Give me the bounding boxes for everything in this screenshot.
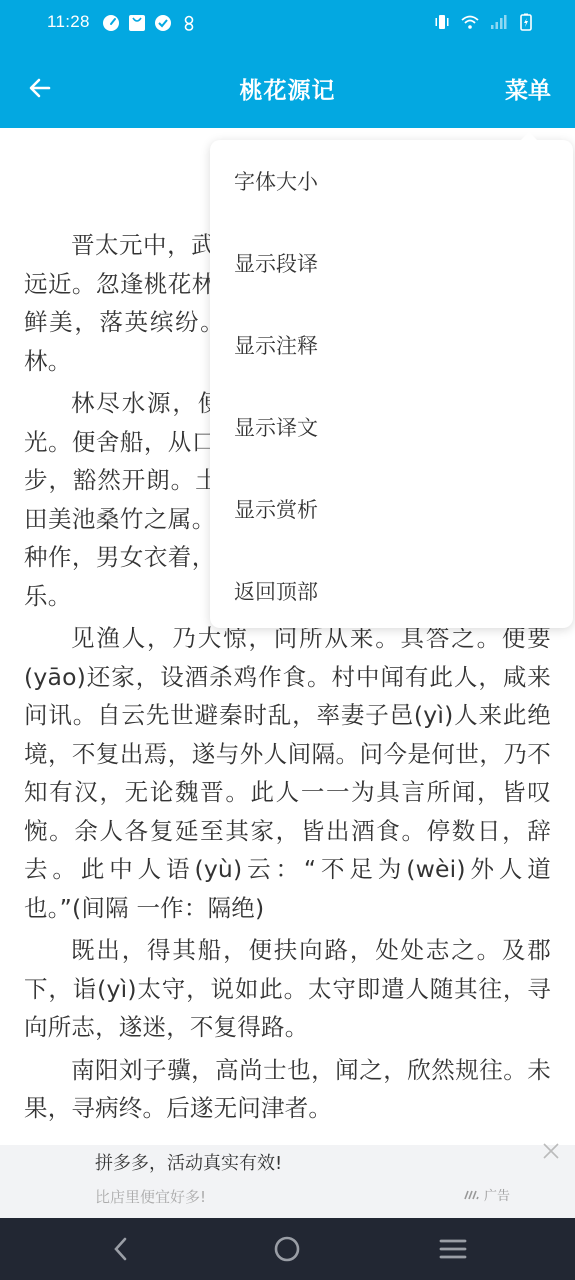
ad-subtitle: 比店里便宜好多! (95, 1186, 206, 1207)
popup-menu: 字体大小 显示段译 显示注释 显示译文 显示赏析 返回顶部 (210, 140, 573, 628)
nav-back-button[interactable] (106, 1234, 136, 1264)
ad-logo-icon (463, 1190, 481, 1200)
baby-icon (180, 14, 198, 32)
menu-item-show-paragraph-translation[interactable]: 显示段译 (210, 222, 573, 304)
article-paragraph: 既出，得其船，便扶向路，处处志之。及郡下，诣(yì)太守，说如此。太守即遣人随其… (24, 931, 551, 1047)
wifi-icon (461, 13, 479, 31)
status-notification-icons (102, 14, 198, 32)
menu-button[interactable]: 菜单 (505, 72, 551, 105)
popup-arrow (521, 132, 537, 140)
nav-home-button[interactable] (272, 1234, 302, 1264)
home-nav-icon (273, 1235, 301, 1263)
article-paragraph: 见渔人，乃大惊，问所从来。具答之。便要(yāo)还家，设酒杀鸡作食。村中闻有此人… (24, 619, 551, 927)
speedometer-icon (102, 14, 120, 32)
ad-title: 拼多多，活动真实有效! (95, 1149, 282, 1175)
ad-banner[interactable]: 拼多多，活动真实有效! 比店里便宜好多! 广告 (0, 1145, 575, 1218)
nav-recents-button[interactable] (438, 1234, 468, 1264)
menu-item-show-appreciation[interactable]: 显示赏析 (210, 468, 573, 550)
check-circle-icon (154, 14, 172, 32)
ad-label-text: 广告 (484, 1185, 510, 1204)
status-system-icons (433, 13, 535, 31)
system-nav-bar (0, 1218, 575, 1280)
menu-item-back-to-top[interactable]: 返回顶部 (210, 550, 573, 632)
ad-close-button[interactable] (539, 1139, 563, 1163)
back-nav-icon (111, 1236, 131, 1262)
menu-item-font-size[interactable]: 字体大小 (210, 140, 573, 222)
article-paragraph: 南阳刘子骥，高尚士也，闻之，欣然规往。未果，寻病终。后遂无问津者。 (24, 1051, 551, 1128)
recents-nav-icon (439, 1237, 467, 1261)
page-title: 桃花源记 (0, 72, 575, 105)
app-bar: 桃花源记 菜单 (0, 48, 575, 128)
ad-label: 广告 (463, 1185, 510, 1204)
shopping-bag-icon (128, 14, 146, 32)
menu-item-show-annotations[interactable]: 显示注释 (210, 304, 573, 386)
battery-charging-icon (517, 13, 535, 31)
signal-icon (489, 13, 507, 31)
status-time: 11:28 (47, 12, 90, 32)
status-bar: 11:28 (0, 0, 575, 48)
vibrate-icon (433, 13, 451, 31)
menu-item-show-translation[interactable]: 显示译文 (210, 386, 573, 468)
close-icon (539, 1139, 563, 1163)
